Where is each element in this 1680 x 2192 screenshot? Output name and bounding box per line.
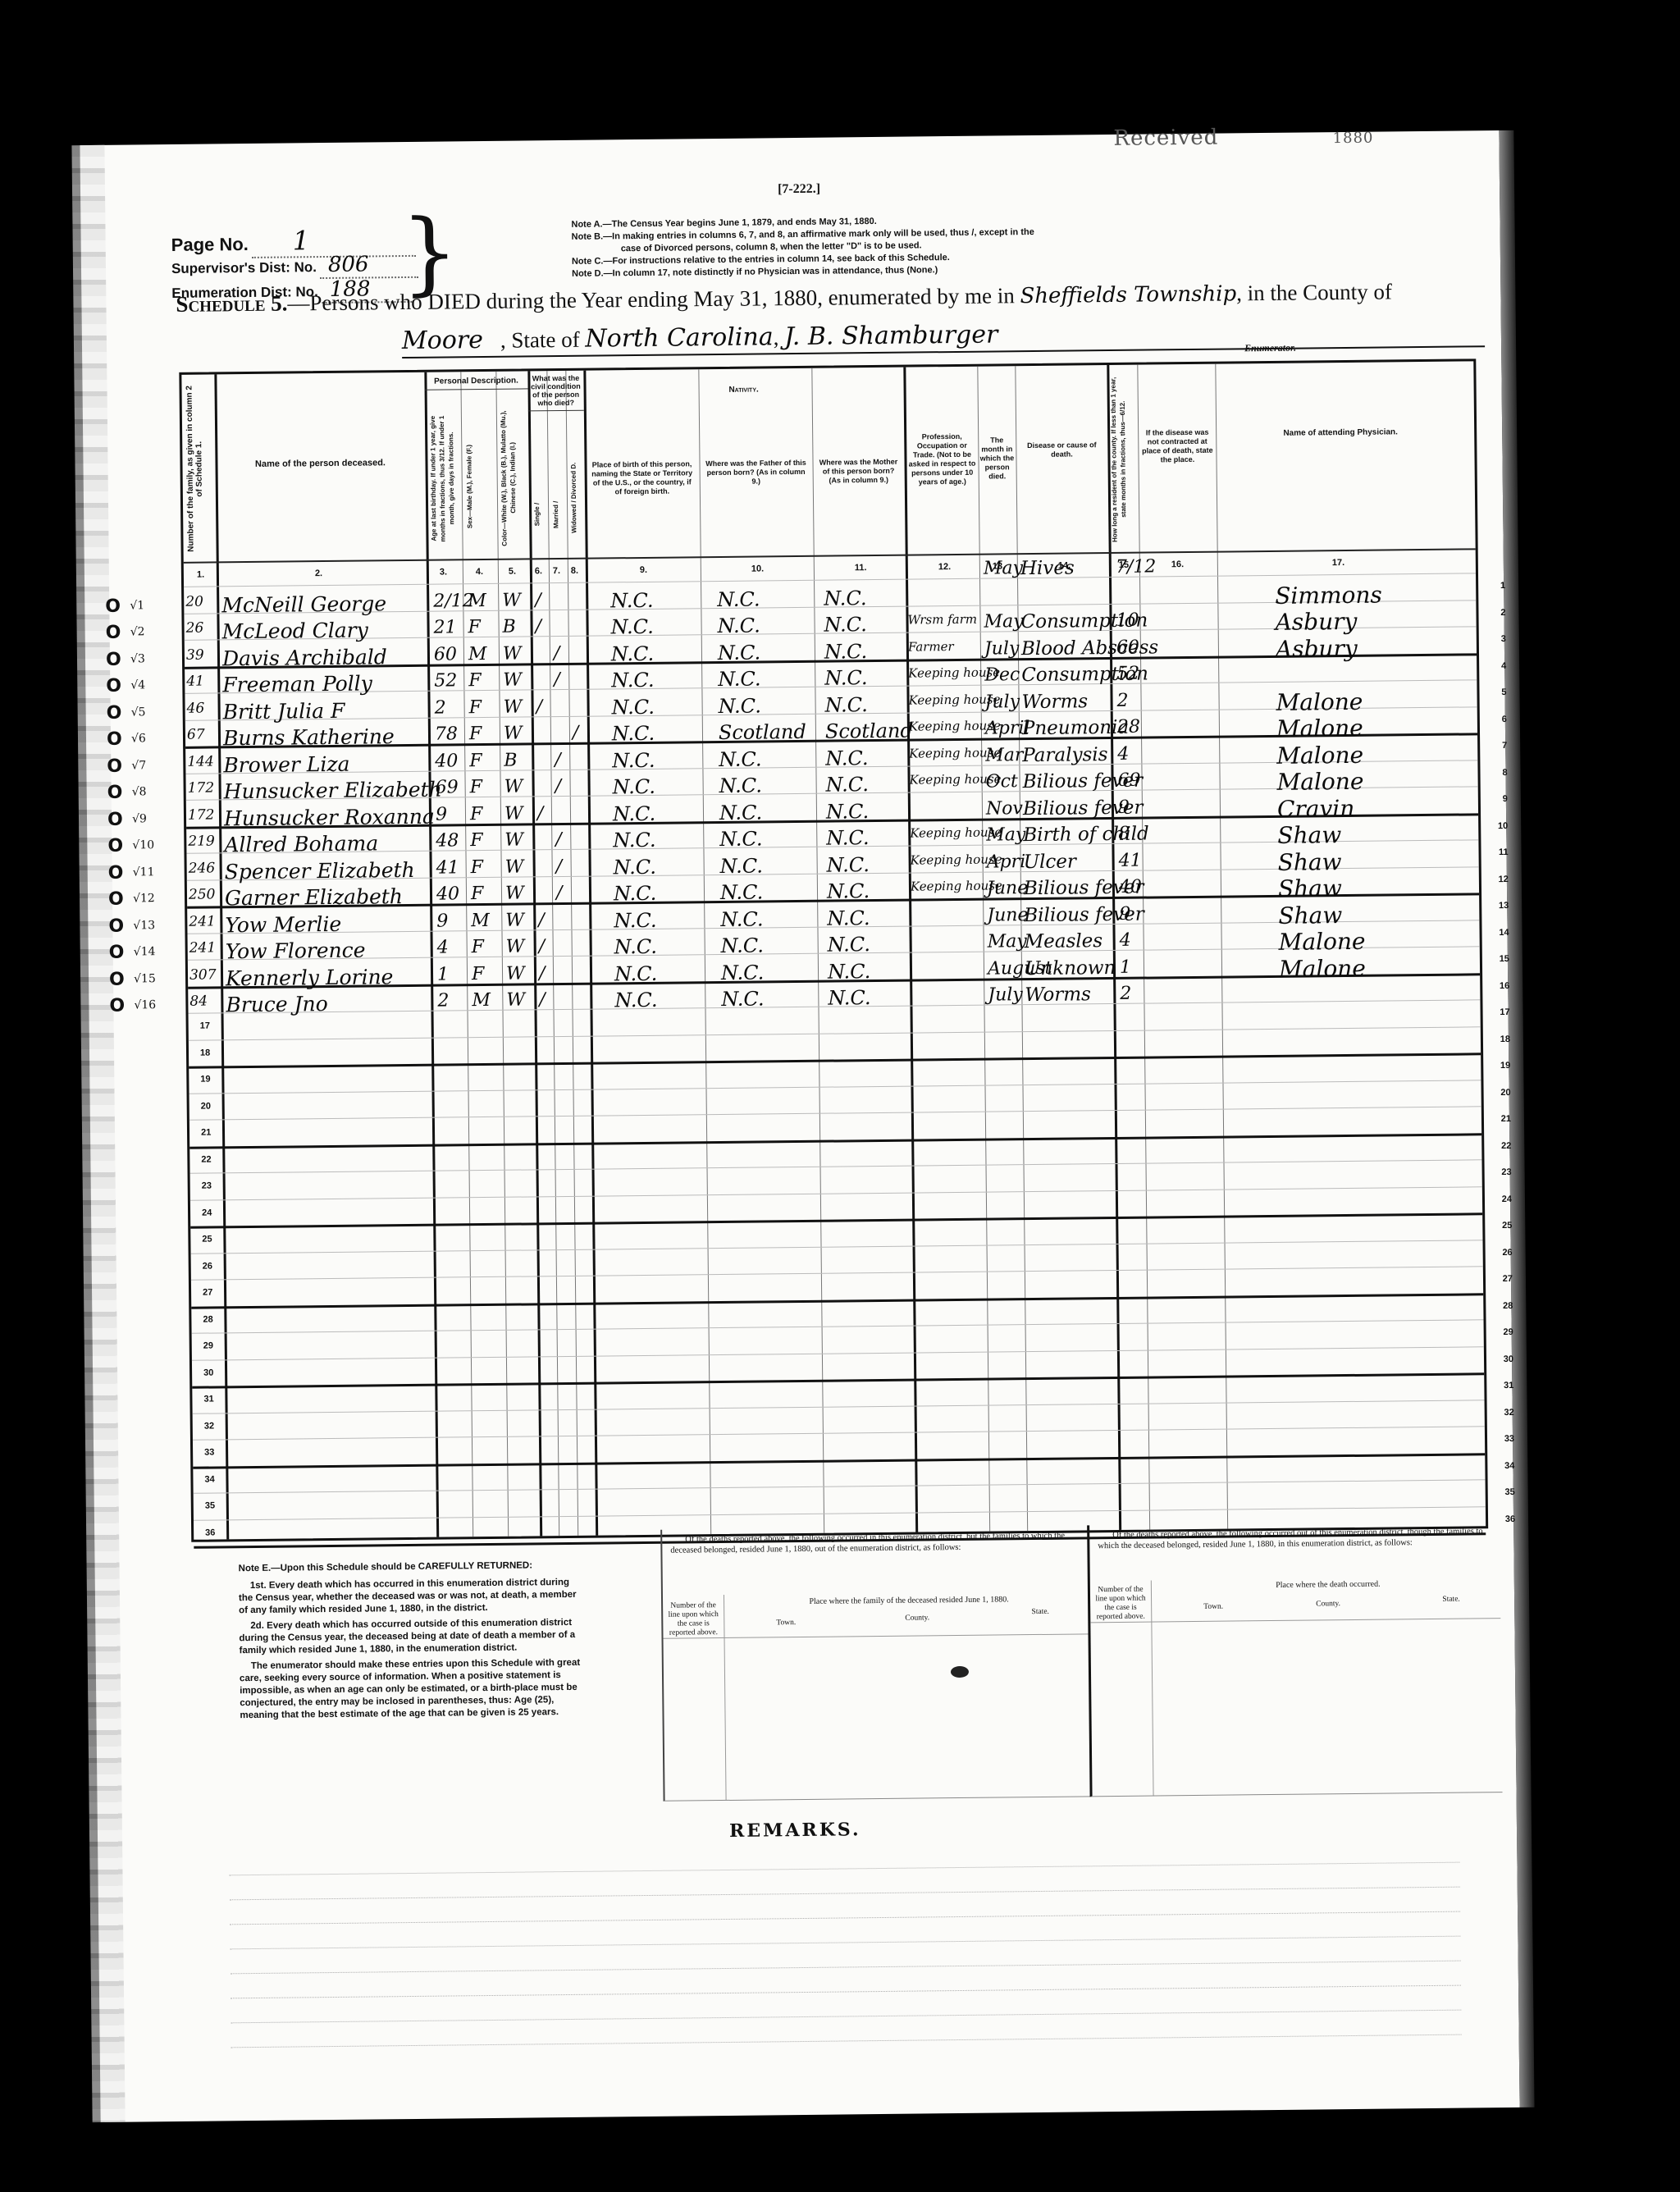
stamp-received-text: Received: [1113, 126, 1218, 151]
cell-age: 60: [434, 644, 457, 664]
cell-cause: Ulcer: [1024, 851, 1077, 873]
header-physician: Name of attending Physician.: [1217, 427, 1463, 438]
left-line-number: 34: [204, 1474, 214, 1484]
cell-father: N.C.: [718, 694, 761, 718]
right-line-number: 5: [1501, 687, 1506, 697]
cell-resident: 41: [1118, 850, 1141, 870]
left-line-number: 27: [203, 1288, 212, 1298]
cell-month: Oct: [985, 771, 1017, 792]
cell-physician: Shaw: [1278, 875, 1342, 902]
left-line-number: 25: [202, 1235, 212, 1244]
cell-sex: F: [470, 830, 483, 851]
cell-family: 241: [189, 913, 216, 929]
cell-sex: F: [469, 724, 482, 744]
cell-sex: M: [472, 990, 491, 1011]
table-row: 20McNeill George2/12MW/N.C.N.C.N.C.Simmo…: [181, 361, 1473, 374]
margin-circle-mark: O: [109, 996, 125, 1016]
margin-check-mark: √1: [130, 599, 144, 612]
table-row: 241Yow Florence4FW/N.C.N.C.N.C.MayMeasle…: [181, 361, 1473, 374]
margin-check-mark: √9: [132, 812, 147, 825]
left-line-number: 35: [205, 1500, 215, 1510]
cell-sex: M: [468, 590, 486, 610]
cell-resident: 8: [1118, 824, 1130, 844]
cell-birth: N.C.: [610, 588, 654, 612]
cell-color: B: [504, 750, 517, 770]
left-line-number: 20: [201, 1101, 211, 1111]
cell-mother: N.C.: [826, 800, 870, 824]
colnum-16: 16.: [1171, 559, 1184, 569]
cell-single: /: [535, 616, 541, 637]
margin-check-mark: √2: [130, 625, 145, 638]
cell-month: July: [984, 692, 1020, 712]
margin-check-mark: √13: [133, 919, 155, 932]
box-out-state: State.: [1427, 1595, 1476, 1605]
box-in-town: Town.: [761, 1619, 810, 1628]
cell-occupation: Wrsm farm: [907, 612, 977, 628]
cell-family: 241: [189, 939, 217, 956]
left-line-number: 21: [201, 1128, 211, 1138]
cell-name: McNeill George: [221, 591, 386, 617]
schedule-line-2: Moore, State of North Carolina, J. B. Sh…: [402, 315, 1485, 358]
table-row: MayHives7/12: [181, 361, 1473, 374]
cell-resident: 7/12: [1116, 556, 1157, 578]
cell-physician: Malone: [1276, 768, 1363, 796]
cell-mother: N.C.: [824, 666, 868, 690]
left-line-number: 17: [200, 1021, 210, 1031]
table-row: 67Burns Katherine78FW/N.C.ScotlandScotla…: [181, 361, 1473, 374]
colnum-12: 12.: [938, 562, 951, 572]
cell-birth: N.C.: [610, 615, 654, 639]
cell-sex: F: [471, 857, 484, 878]
cell-month: June: [987, 878, 1028, 899]
cell-resident: 4: [1117, 743, 1129, 764]
cell-physician: Shaw: [1277, 821, 1341, 849]
cell-color: B: [502, 617, 515, 637]
right-line-number: 4: [1501, 660, 1506, 670]
header-name: Name of the person deceased.: [215, 459, 425, 470]
cell-family: 67: [187, 727, 205, 743]
right-line-number: 28: [1503, 1300, 1513, 1310]
cell-cause: Pneumonia: [1022, 717, 1130, 739]
header-month: The month in which the person died.: [979, 436, 1015, 481]
cell-age: 1: [437, 964, 449, 984]
cell-color: W: [504, 724, 523, 744]
cell-resident: 9: [1118, 797, 1130, 817]
right-line-number: 29: [1503, 1327, 1513, 1337]
margin-check-mark: √11: [133, 865, 155, 879]
cell-name: Kennerly Lorine: [226, 965, 394, 990]
county-value: Moore: [402, 326, 500, 355]
cell-birth: N.C.: [613, 801, 656, 825]
cell-mother: N.C.: [826, 826, 870, 850]
cell-cause: Paralysis: [1022, 744, 1107, 766]
deaths-table: Number of the family, as given in column…: [179, 358, 1488, 1541]
table-row: 26McLeod Clary21FB/N.C.N.C.N.C.Wrsm farm…: [181, 361, 1473, 374]
cell-month: May: [986, 824, 1025, 846]
cell-birth: N.C.: [614, 908, 657, 932]
cell-color: W: [504, 830, 523, 851]
cell-mother: N.C.: [827, 853, 870, 877]
cell-birth: N.C.: [611, 669, 655, 692]
margin-circle-mark: O: [109, 969, 125, 989]
cell-cause: Birth of child: [1023, 824, 1149, 847]
left-line-number: 18: [200, 1048, 210, 1057]
page-no-label: Page No.: [171, 234, 249, 255]
cell-sex: F: [469, 751, 482, 771]
table-row: 172Hunsucker Elizabeth69FW/N.C.N.C.N.C.K…: [181, 361, 1473, 374]
margin-circle-mark: O: [107, 783, 123, 803]
received-stamp: Received 1880: [1113, 124, 1373, 151]
box-in-county: County.: [892, 1614, 942, 1623]
box-out-county: County.: [1303, 1600, 1353, 1610]
cell-mother: N.C.: [824, 613, 867, 637]
right-line-number: 32: [1504, 1407, 1513, 1417]
cell-color: W: [506, 963, 525, 984]
cell-family: 250: [189, 886, 216, 902]
margin-circle-mark: O: [109, 943, 125, 963]
cell-resident: 2: [1120, 984, 1131, 1004]
cell-month: Dec: [984, 664, 1020, 685]
ink-blot: [951, 1666, 969, 1678]
cell-father: N.C.: [718, 667, 761, 691]
cell-birth: N.C.: [611, 695, 655, 719]
cell-father: N.C.: [717, 587, 760, 611]
cell-physician: Cravin: [1277, 794, 1355, 822]
stamp-number: 1880: [1333, 130, 1374, 148]
cell-father: N.C.: [717, 614, 760, 637]
margin-circle-mark: O: [106, 676, 121, 696]
box-out-town: Town.: [1189, 1602, 1238, 1612]
right-line-number: 18: [1500, 1034, 1510, 1043]
colnum-2: 2.: [315, 569, 322, 578]
cell-single: /: [537, 803, 544, 824]
header-nativity: Nativity.: [584, 384, 904, 396]
cell-month: May: [984, 558, 1023, 579]
colnum-9: 9.: [640, 565, 647, 575]
cell-birth: N.C.: [614, 935, 658, 959]
cell-resident: 1: [1120, 957, 1131, 977]
left-line-number: 24: [202, 1208, 212, 1217]
cell-family: 172: [188, 779, 215, 796]
cell-physician: Shaw: [1277, 848, 1341, 876]
cell-father: N.C.: [719, 747, 762, 771]
cell-sex: F: [472, 964, 485, 984]
cell-physician: Shaw: [1278, 902, 1342, 929]
margin-circle-mark: O: [107, 809, 123, 829]
cell-age: 40: [436, 884, 459, 904]
right-line-number: 19: [1500, 1061, 1510, 1071]
margin-check-mark: √14: [134, 945, 156, 958]
left-line-number: 31: [203, 1394, 213, 1404]
right-line-number: 36: [1505, 1514, 1515, 1523]
table-row: 219Allred Bohama48FW/N.C.N.C.N.C.Keeping…: [181, 361, 1473, 374]
cell-single: /: [539, 936, 546, 957]
cell-month: June: [987, 905, 1028, 926]
left-line-number: 22: [201, 1154, 211, 1164]
cell-married: /: [555, 776, 562, 797]
cell-family: 172: [188, 806, 215, 823]
cell-family: 20: [185, 593, 203, 610]
margin-circle-mark: O: [107, 729, 122, 750]
left-line-number: 36: [205, 1528, 215, 1537]
cell-age: 52: [434, 670, 457, 691]
table-row: 39Davis Archibald60MW/N.C.N.C.N.C.Farmer…: [181, 361, 1473, 374]
left-line-number: 19: [200, 1075, 210, 1085]
right-line-number: 17: [1500, 1007, 1509, 1017]
cell-family: 26: [185, 620, 203, 637]
remarks-heading: REMARKS.: [729, 1819, 861, 1842]
cell-father: N.C.: [720, 907, 764, 931]
margin-check-mark: √3: [130, 652, 145, 665]
cell-name: Allred Bohama: [224, 831, 378, 856]
cell-color: W: [503, 696, 522, 717]
margin-check-mark: √12: [133, 892, 155, 905]
cell-name: Garner Elizabeth: [225, 884, 403, 910]
colnum-1: 1.: [197, 570, 204, 580]
margin-check-mark: √4: [130, 678, 145, 692]
cell-name: Bruce Jno: [226, 992, 328, 1016]
box-in-place-header: Place where the family of the deceased r…: [737, 1594, 1081, 1606]
cell-cause: Worms: [1021, 691, 1088, 713]
cell-family: 46: [187, 700, 205, 716]
right-line-number: 8: [1502, 767, 1507, 777]
margin-circle-mark: O: [105, 596, 121, 616]
cell-occupation: Farmer: [908, 639, 954, 655]
cell-father: N.C.: [720, 854, 764, 878]
cell-physician: Asbury: [1275, 608, 1357, 636]
cell-single: /: [539, 963, 546, 984]
supervisor-label: Supervisor's Dist: No.: [171, 259, 317, 276]
cell-color: W: [504, 777, 523, 797]
right-line-number: 6: [1502, 714, 1507, 724]
cell-father: N.C.: [719, 801, 763, 824]
cell-color: W: [503, 643, 522, 664]
cell-age: 9: [436, 911, 448, 931]
box-out-line-header: Number of the line upon which the case i…: [1095, 1586, 1146, 1623]
cell-family: 41: [186, 674, 204, 690]
cell-cause: Worms: [1025, 984, 1091, 1006]
cell-family: 39: [186, 646, 204, 663]
right-line-number: 33: [1504, 1434, 1514, 1444]
margin-circle-mark: O: [107, 702, 122, 723]
right-line-number: 10: [1498, 820, 1508, 830]
cell-month: May: [988, 931, 1027, 952]
cell-father: N.C.: [721, 961, 765, 984]
deaths-in-district-box: Of the deaths reported above, the follow…: [660, 1525, 1091, 1801]
cell-age: 4: [437, 937, 449, 957]
header-sex: Sex—Male (M.), Female (F.): [464, 421, 495, 552]
cell-birth: N.C.: [613, 775, 656, 799]
cell-sex: M: [468, 643, 487, 664]
cell-name: Davis Archibald: [222, 645, 387, 670]
cell-mother: Scotland: [825, 719, 913, 743]
cell-color: W: [505, 884, 524, 904]
schedule-prefix: Schedule 5.: [176, 290, 287, 316]
note-e: Note E.—Upon this Schedule should be CAR…: [239, 1560, 585, 1725]
colnum-7: 7.: [553, 566, 560, 576]
cell-color: W: [506, 937, 525, 957]
margin-check-mark: √10: [132, 838, 154, 852]
margin-circle-mark: O: [108, 889, 124, 910]
margin-check-mark: √7: [131, 759, 146, 772]
cell-resident: 9: [1119, 903, 1130, 924]
right-line-number: 31: [1504, 1381, 1513, 1391]
cell-month: May: [984, 611, 1023, 632]
cell-mother: N.C.: [824, 693, 868, 717]
enumerator-value: J. B. Shamburger: [784, 320, 998, 351]
cell-color: W: [505, 856, 524, 877]
header-civil: What was the civil condition of the pers…: [527, 374, 583, 412]
cell-age: 21: [433, 617, 456, 637]
cell-physician: Malone: [1279, 928, 1366, 956]
cell-birth: N.C.: [614, 989, 658, 1012]
header-residence: How long a resident of the county. If le…: [1108, 373, 1138, 546]
cell-age: 69: [436, 777, 459, 797]
right-line-number: 21: [1501, 1114, 1511, 1124]
header-occupation: Profession, Occupation or Trade. (Not to…: [907, 432, 977, 487]
cell-family: 84: [189, 993, 208, 1010]
cell-name: Yow Florence: [226, 938, 366, 964]
cell-birth: N.C.: [614, 855, 657, 879]
right-line-number: 35: [1504, 1487, 1514, 1497]
cell-cause: Hives: [1020, 557, 1075, 579]
cell-birth: N.C.: [614, 961, 658, 985]
table-row: 246Spencer Elizabeth41FW/N.C.N.C.N.C.Kee…: [181, 361, 1473, 374]
right-line-number: 1: [1500, 581, 1505, 591]
cell-family: 219: [188, 833, 215, 849]
cell-resident: 52: [1116, 664, 1139, 684]
right-line-number: 26: [1502, 1247, 1512, 1257]
header-birthplace: Place of birth of this person, naming th…: [589, 459, 694, 496]
cell-father: N.C.: [721, 987, 765, 1011]
cell-father: N.C.: [721, 934, 765, 957]
cell-sex: F: [468, 670, 482, 691]
right-line-number: 12: [1499, 874, 1509, 884]
header-family-number: Number of the family, as given in column…: [185, 382, 212, 555]
cell-mother: N.C.: [824, 640, 868, 664]
right-line-number: 3: [1501, 634, 1506, 644]
margin-circle-mark: O: [108, 862, 124, 883]
cell-physician: Malone: [1276, 715, 1363, 742]
cell-cause: Measles: [1025, 930, 1103, 952]
colnum-4: 4.: [476, 567, 483, 577]
county-label: , in the County of: [1236, 279, 1392, 305]
cell-resident: 60: [1116, 637, 1139, 657]
header-rule: [184, 548, 1476, 563]
torn-edge: [71, 145, 125, 2122]
right-line-number: 13: [1499, 901, 1509, 911]
right-line-number: 2: [1500, 607, 1505, 617]
right-line-number: 30: [1504, 1354, 1513, 1363]
cell-color: W: [503, 670, 522, 691]
header-father-birth: Where was the Father of this person born…: [704, 459, 807, 486]
cell-father: N.C.: [719, 827, 763, 851]
cell-month: Nov: [986, 798, 1023, 819]
left-line-number: 26: [203, 1261, 212, 1271]
cell-resident: 2: [1116, 690, 1128, 710]
table-row: 46Britt Julia F2FW/N.C.N.C.N.C.Keeping h…: [181, 361, 1473, 374]
cell-single: /: [535, 590, 541, 610]
cell-resident: 28: [1117, 717, 1140, 738]
cell-name: Freeman Polly: [222, 671, 372, 696]
header-mother-birth: Where was the Mother of this person born…: [815, 458, 901, 486]
cell-married: /: [554, 643, 560, 664]
notes-block: Note A.—The Census Year begins June 1, 1…: [571, 211, 1310, 280]
cell-mother: N.C.: [828, 933, 871, 957]
cell-sex: F: [470, 777, 483, 797]
margin-check-mark: √8: [132, 785, 147, 798]
margin-circle-mark: O: [106, 649, 121, 669]
cell-resident: 10: [1116, 610, 1139, 631]
colnum-6: 6.: [535, 566, 542, 576]
cell-resident: 69: [1117, 770, 1140, 791]
box-in-state: State.: [1016, 1608, 1065, 1618]
cell-sex: M: [471, 910, 490, 930]
cell-widowed: /: [573, 723, 579, 743]
state-value: North Carolina: [585, 322, 774, 353]
box-out-place-header: Place where the death occurred.: [1164, 1578, 1492, 1591]
cell-name: Hunsucker Roxanna: [224, 804, 435, 830]
margin-circle-mark: O: [108, 916, 124, 936]
left-line-number: 30: [203, 1368, 213, 1377]
header-age: Age at last birthday. If under 1 year, g…: [428, 404, 461, 552]
cell-family: 307: [189, 966, 217, 983]
table-body: MayHives7/1220McNeill George2/12MW/N.C.N…: [181, 361, 1473, 374]
cell-sex: F: [470, 804, 483, 824]
header-personal: Personal Description.: [424, 376, 527, 390]
township-value: Sheffields Township: [1020, 281, 1236, 308]
right-line-number: 24: [1502, 1194, 1512, 1203]
cell-month: Mar: [985, 745, 1023, 765]
header-disease-place: If the disease was not contracted at pla…: [1140, 428, 1214, 465]
left-line-number: 32: [204, 1421, 214, 1431]
left-line-number: 29: [203, 1341, 213, 1351]
cell-single: /: [539, 989, 546, 1010]
right-line-number: 34: [1504, 1460, 1514, 1470]
cell-cause: Unknown: [1025, 957, 1116, 979]
cell-family: 144: [187, 753, 214, 769]
left-line-number: 33: [204, 1447, 214, 1457]
cell-name: McLeod Clary: [221, 618, 367, 643]
cell-name: Burns Katherine: [223, 724, 395, 750]
margin-circle-mark: O: [107, 836, 123, 856]
cell-color: W: [502, 590, 521, 610]
right-line-number: 20: [1500, 1087, 1510, 1097]
cell-mother: N.C.: [824, 587, 867, 610]
cell-sex: F: [468, 617, 481, 637]
cell-mother: N.C.: [825, 747, 869, 770]
cell-name: Hunsucker Elizabeth: [224, 778, 442, 804]
cell-mother: N.C.: [828, 960, 871, 984]
cell-age: 48: [436, 830, 459, 851]
cell-married: /: [555, 829, 562, 850]
state-label: , State of: [500, 327, 580, 353]
cell-color: W: [506, 990, 525, 1011]
cell-name: Britt Julia F: [223, 698, 345, 724]
cell-mother: N.C.: [827, 906, 870, 930]
margin-circle-mark: O: [107, 756, 122, 776]
cell-birth: N.C.: [614, 882, 657, 906]
margin-check-mark: √5: [131, 706, 146, 719]
cell-physician: Malone: [1279, 954, 1366, 982]
header-cause: Disease or cause of death.: [1016, 441, 1107, 459]
margin-check-mark: √6: [131, 732, 146, 745]
table-row: 41Freeman Polly52FW/N.C.N.C.N.C.Keeping …: [181, 361, 1473, 374]
cell-birth: N.C.: [613, 829, 656, 852]
cell-color: W: [505, 910, 524, 930]
cell-sex: F: [472, 937, 485, 957]
cell-resident: 4: [1120, 930, 1131, 951]
